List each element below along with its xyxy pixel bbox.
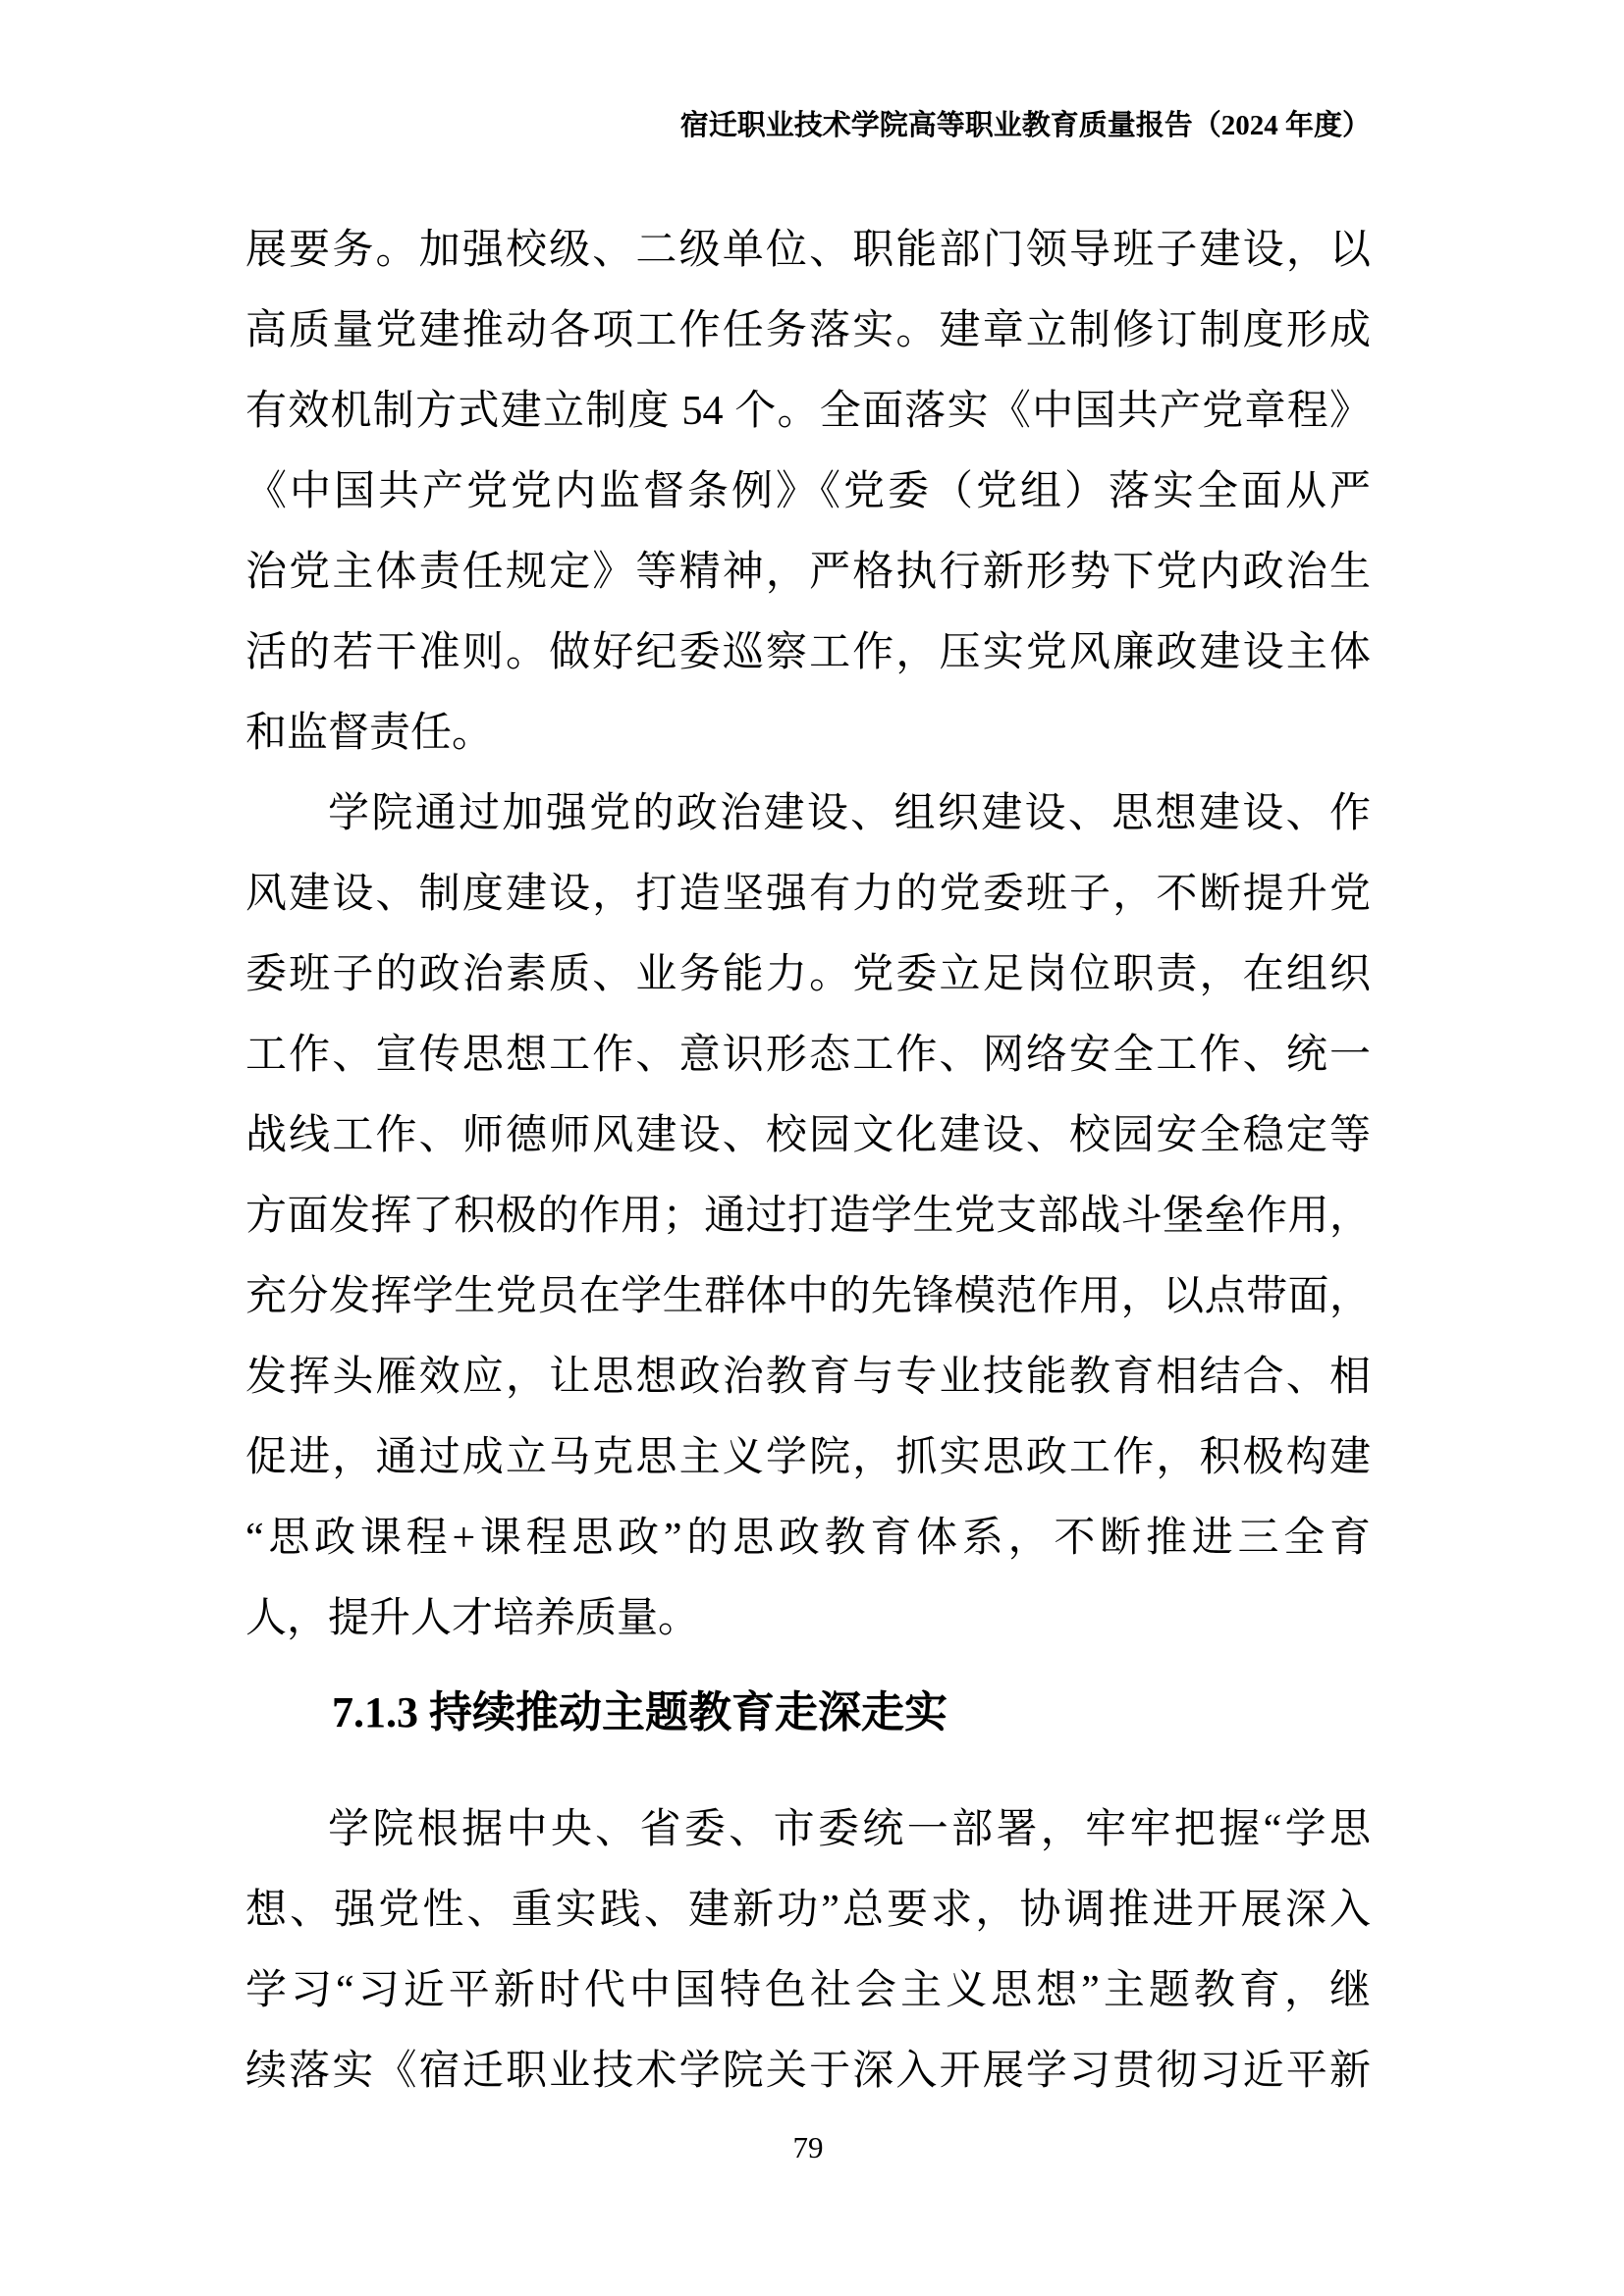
text-line: 工作、宣传思想工作、意识形态工作、网络安全工作、统一 <box>245 1015 1371 1095</box>
text-line: 想、强党性、重实践、建新功”总要求，协调推进开展深入 <box>245 1870 1371 1950</box>
text-line: 学习“习近平新时代中国特色社会主义思想”主题教育，继 <box>245 1950 1371 2031</box>
page-header: 宿迁职业技术学院高等职业教育质量报告（2024 年度） <box>245 106 1371 145</box>
text-line: 风建设、制度建设，打造坚强有力的党委班子，不断提升党 <box>245 854 1371 934</box>
text-line: 高质量党建推动各项工作任务落实。建章立制修订制度形成 <box>245 291 1371 371</box>
paragraph-3: 学院根据中央、省委、市委统一部署，牢牢把握“学思 想、强党性、重实践、建新功”总… <box>245 1789 1371 2111</box>
section-heading-7-1-3: 7.1.3 持续推动主题教育走深走实 <box>245 1681 1371 1745</box>
text-line: 人，提升人才培养质量。 <box>245 1578 1371 1659</box>
text-line: 促进，通过成立马克思主义学院，抓实思政工作，积极构建 <box>245 1417 1371 1498</box>
text-line: 发挥头雁效应，让思想政治教育与专业技能教育相结合、相 <box>245 1337 1371 1417</box>
text-line: 战线工作、师德师风建设、校园文化建设、校园安全稳定等 <box>245 1095 1371 1176</box>
text-line: 《中国共产党党内监督条例》《党委（党组）落实全面从严 <box>245 452 1371 532</box>
text-line: 学院通过加强党的政治建设、组织建设、思想建设、作 <box>245 774 1371 854</box>
text-line: 委班子的政治素质、业务能力。党委立足岗位职责，在组织 <box>245 934 1371 1015</box>
text-line: 学院根据中央、省委、市委统一部署，牢牢把握“学思 <box>245 1789 1371 1870</box>
paragraph-2: 学院通过加强党的政治建设、组织建设、思想建设、作 风建设、制度建设，打造坚强有力… <box>245 774 1371 1659</box>
text-line: “思政课程+课程思政”的思政教育体系，不断推进三全育 <box>245 1498 1371 1578</box>
text-line: 有效机制方式建立制度 54 个。全面落实《中国共产党章程》 <box>245 371 1371 452</box>
text-line: 方面发挥了积极的作用；通过打造学生党支部战斗堡垒作用， <box>245 1176 1371 1256</box>
text-line: 展要务。加强校级、二级单位、职能部门领导班子建设，以 <box>245 210 1371 291</box>
text-line: 活的若干准则。做好纪委巡察工作，压实党风廉政建设主体 <box>245 613 1371 693</box>
text-line: 充分发挥学生党员在学生群体中的先锋模范作用，以点带面， <box>245 1256 1371 1337</box>
paragraph-1: 展要务。加强校级、二级单位、职能部门领导班子建设，以 高质量党建推动各项工作任务… <box>245 210 1371 774</box>
text-line: 和监督责任。 <box>245 693 1371 774</box>
page-number: 79 <box>245 2128 1371 2167</box>
document-page: 宿迁职业技术学院高等职业教育质量报告（2024 年度） 展要务。加强校级、二级单… <box>0 0 1624 2296</box>
text-line: 续落实《宿迁职业技术学院关于深入开展学习贯彻习近平新 <box>245 2031 1371 2111</box>
body-text: 展要务。加强校级、二级单位、职能部门领导班子建设，以 高质量党建推动各项工作任务… <box>245 210 1371 1659</box>
text-line: 治党主体责任规定》等精神，严格执行新形势下党内政治生 <box>245 532 1371 613</box>
